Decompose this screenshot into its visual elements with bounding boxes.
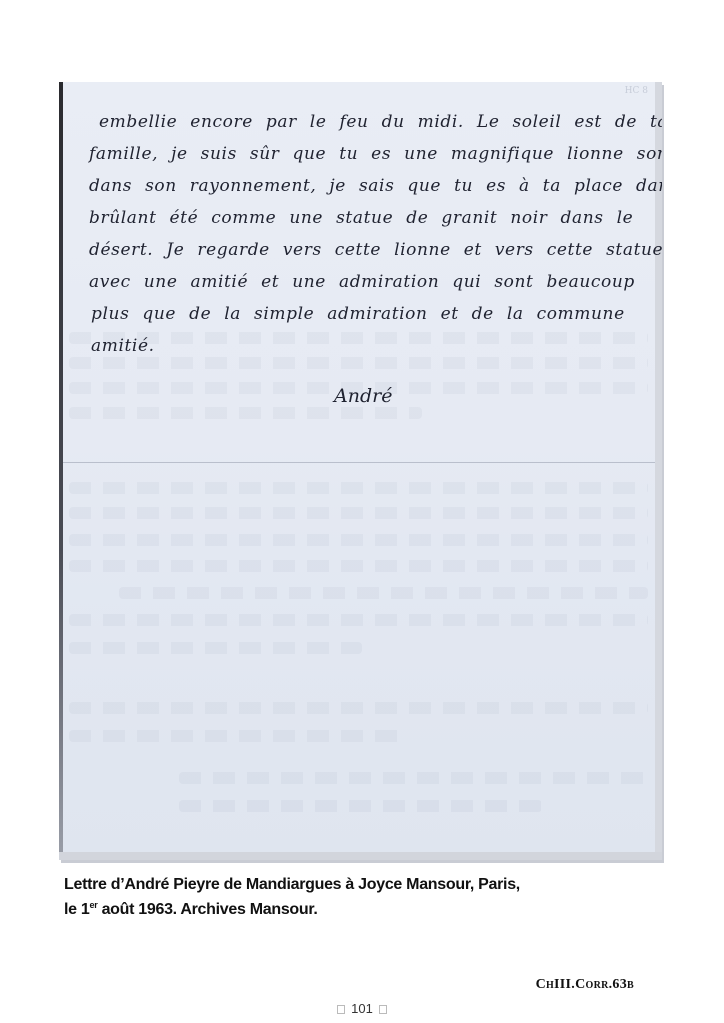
bleed-through: [179, 800, 542, 812]
scan-left-edge: [59, 82, 63, 860]
bleed-through: [179, 772, 648, 784]
bleed-through: [69, 642, 362, 654]
archive-reference-code: ChIII.Corr.63b: [536, 977, 634, 993]
letter-line: famille, je suis sûr que tu es une magni…: [89, 144, 649, 164]
letter-scan: HC 8 embellie encore par le feu du midi.…: [59, 82, 662, 860]
bleed-through: [69, 614, 648, 626]
letter-line: dans son rayonnement, je sais que tu es …: [89, 176, 649, 196]
caption-line-1: Lettre d’André Pieyre de Mandiargues à J…: [64, 874, 624, 895]
bleed-through: [119, 587, 648, 599]
letter-line: amitié.: [91, 336, 651, 356]
bleed-through: [69, 730, 402, 742]
page-number: 101: [0, 1001, 724, 1016]
bleed-through: [69, 357, 648, 369]
letter-line: désert. Je regarde vers cette lionne et …: [89, 240, 649, 260]
bleed-through: [69, 482, 648, 494]
bleed-through: [69, 534, 648, 546]
archive-ref-mark: HC 8: [625, 86, 648, 96]
caption-line-2: le 1er août 1963. Archives Mansour.: [64, 895, 624, 920]
letter-line: avec une amitié et une admiration qui so…: [89, 272, 649, 292]
bleed-through: [69, 702, 648, 714]
scan-right-edge: [655, 82, 662, 860]
letter-line: plus que de la simple admiration et de l…: [91, 304, 651, 324]
folio-ornament-icon: [379, 1005, 387, 1014]
figure-caption: Lettre d’André Pieyre de Mandiargues à J…: [64, 874, 624, 920]
scan-bottom-edge: [59, 852, 662, 860]
signature: André: [334, 385, 392, 407]
letter-line: embellie encore par le feu du midi. Le s…: [99, 112, 659, 132]
folio-ornament-icon: [337, 1005, 345, 1014]
bleed-through: [69, 507, 648, 519]
letter-line: brûlant été comme une statue de granit n…: [89, 208, 649, 228]
bleed-through: [69, 407, 422, 419]
fold-line: [63, 462, 655, 463]
bleed-through: [69, 560, 648, 572]
